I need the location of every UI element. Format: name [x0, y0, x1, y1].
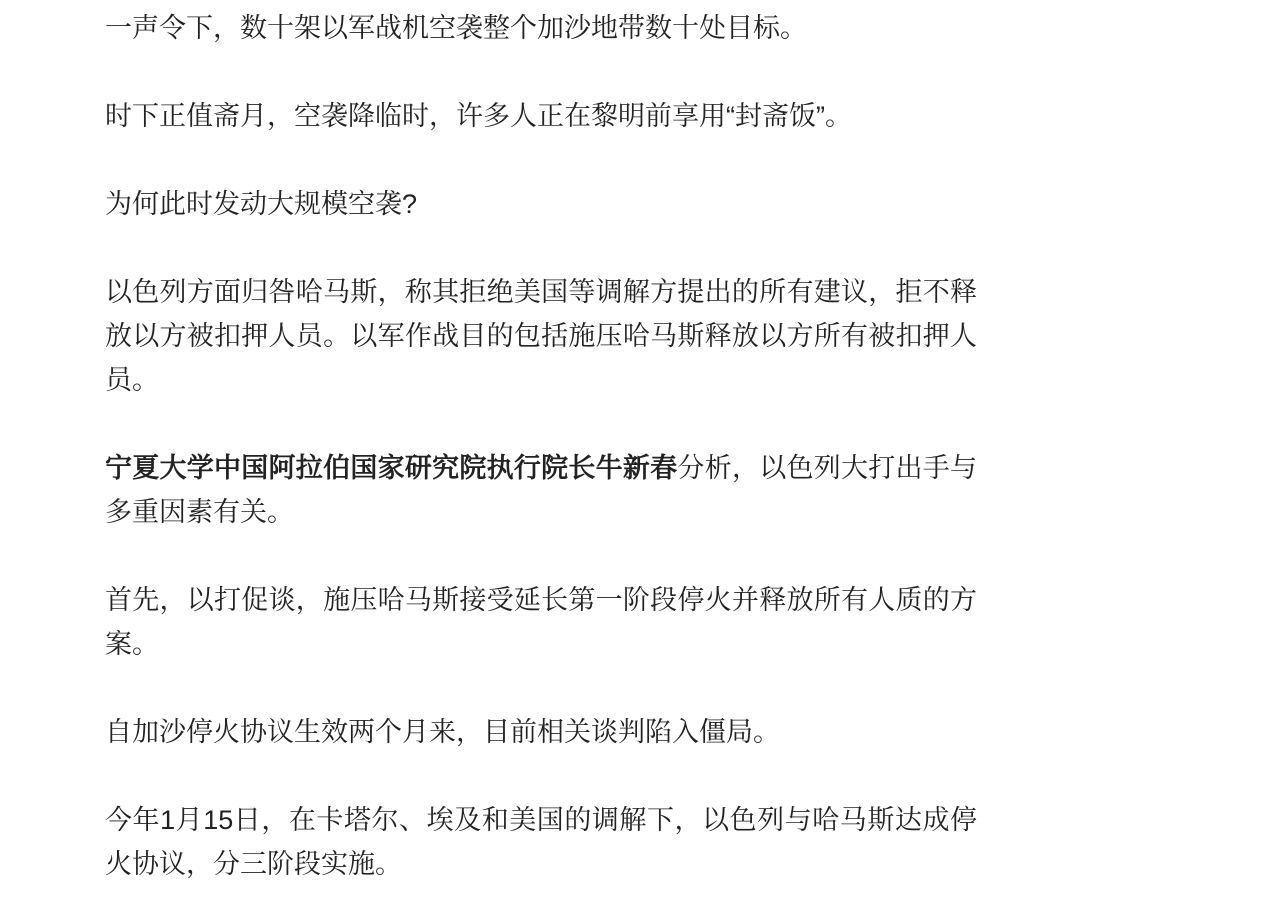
paragraph-text: 今年1月15日，在卡塔尔、埃及和美国的调解下，以色列与哈马斯达成停火协议，分三阶…: [105, 805, 977, 879]
paragraph-text: 首先，以打促谈，施压哈马斯接受延长第一阶段停火并释放所有人质的方案。: [105, 585, 977, 659]
paragraph-text: 以色列方面归咎哈马斯，称其拒绝美国等调解方提出的所有建议，拒不释放以方被扣押人员…: [105, 277, 977, 395]
article-paragraph: 自加沙停火协议生效两个月来，目前相关谈判陷入僵局。: [105, 710, 977, 754]
paragraph-text: 一声令下，数十架以军战机空袭整个加沙地带数十处目标。: [105, 13, 807, 43]
article-paragraph: 时下正值斋月，空袭降临时，许多人正在黎明前享用“封斋饭”。: [105, 94, 977, 138]
article-paragraph: 今年1月15日，在卡塔尔、埃及和美国的调解下，以色列与哈马斯达成停火协议，分三阶…: [105, 798, 977, 886]
paragraph-text: 时下正值斋月，空袭降临时，许多人正在黎明前享用“封斋饭”。: [105, 101, 852, 131]
article-paragraph: 宁夏大学中国阿拉伯国家研究院执行院长牛新春分析，以色列大打出手与多重因素有关。: [105, 446, 977, 534]
article-body: 一声令下，数十架以军战机空袭整个加沙地带数十处目标。时下正值斋月，空袭降临时，许…: [0, 0, 977, 886]
article-paragraph: 以色列方面归咎哈马斯，称其拒绝美国等调解方提出的所有建议，拒不释放以方被扣押人员…: [105, 270, 977, 402]
expert-name-bold: 宁夏大学中国阿拉伯国家研究院执行院长牛新春: [105, 453, 677, 483]
article-paragraph: 一声令下，数十架以军战机空袭整个加沙地带数十处目标。: [105, 6, 977, 50]
paragraph-text: 自加沙停火协议生效两个月来，目前相关谈判陷入僵局。: [105, 717, 780, 747]
article-paragraph: 为何此时发动大规模空袭?: [105, 182, 977, 226]
paragraph-text: 为何此时发动大规模空袭?: [105, 189, 417, 219]
article-paragraph: 首先，以打促谈，施压哈马斯接受延长第一阶段停火并释放所有人质的方案。: [105, 578, 977, 666]
